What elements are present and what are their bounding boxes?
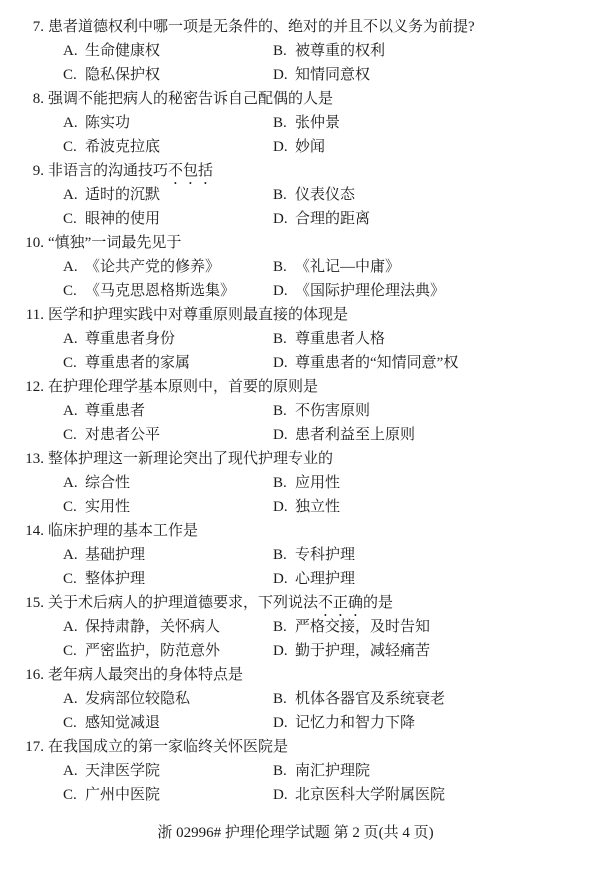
option-grid: A.尊重患者 B.不伤害原则 C.对患者公平 D.患者利益至上原则 bbox=[63, 399, 591, 447]
option-letter: B. bbox=[273, 687, 295, 711]
option-b: B.专科护理 bbox=[273, 543, 591, 567]
option-text: 《马克思恩格斯选集》 bbox=[85, 283, 235, 299]
question-number: 14. bbox=[0, 519, 44, 543]
question-stem: 整体护理这一新理论突出了现代护理专业的 bbox=[48, 451, 333, 467]
question-number: 9. bbox=[0, 159, 44, 183]
option-text: 南汇护理院 bbox=[295, 763, 370, 779]
option-letter: B. bbox=[273, 255, 295, 279]
option-a: A.陈实功 bbox=[63, 111, 273, 135]
question-stem-text: 患者道德权利中哪一项是无条件的、绝对的并且不以义务为前提? bbox=[48, 19, 475, 35]
option-a: A.综合性 bbox=[63, 471, 273, 495]
option-text: 患者利益至上原则 bbox=[295, 427, 415, 443]
option-text: 对患者公平 bbox=[85, 427, 160, 443]
option-text: 独立性 bbox=[295, 499, 340, 515]
question-stem-text: 在护理伦理学基本原则中，首要的原则是 bbox=[48, 379, 318, 395]
option-grid: A.陈实功 B.张仲景 C.希波克拉底 D.妙闻 bbox=[63, 111, 591, 159]
question-item: 10.“慎独”一词最先见于 A.《论共产党的修养》 B.《礼记—中庸》 C.《马… bbox=[0, 231, 591, 303]
option-letter: D. bbox=[273, 567, 295, 591]
option-letter: A. bbox=[63, 399, 85, 423]
option-d: D.记忆力和智力下降 bbox=[273, 711, 591, 735]
option-text: 被尊重的权利 bbox=[295, 43, 385, 59]
question-stem-text: 关于术后病人的护理道德要求，下列说法 bbox=[48, 595, 318, 611]
question-number: 17. bbox=[0, 735, 44, 759]
option-d: D.《国际护理伦理法典》 bbox=[273, 279, 591, 303]
option-a: A.尊重患者身份 bbox=[63, 327, 273, 351]
option-d: D.独立性 bbox=[273, 495, 591, 519]
option-text: 眼神的使用 bbox=[85, 211, 160, 227]
option-text: 严格交接，及时告知 bbox=[295, 619, 430, 635]
option-text: 保持肃静，关怀病人 bbox=[85, 619, 220, 635]
option-a: A.《论共产党的修养》 bbox=[63, 255, 273, 279]
option-text: 适时的沉默 bbox=[85, 187, 160, 203]
option-text: 天津医学院 bbox=[85, 763, 160, 779]
option-letter: D. bbox=[273, 711, 295, 735]
option-text: 整体护理 bbox=[85, 571, 145, 587]
question-stem: 非语言的沟通技巧不包括 bbox=[48, 163, 213, 179]
question-stem: 强调不能把病人的秘密告诉自己配偶的人是 bbox=[48, 91, 333, 107]
option-b: B.尊重患者人格 bbox=[273, 327, 591, 351]
option-b: B.严格交接，及时告知 bbox=[273, 615, 591, 639]
option-letter: C. bbox=[63, 351, 85, 375]
option-letter: A. bbox=[63, 687, 85, 711]
option-text: 发病部位较隐私 bbox=[85, 691, 190, 707]
option-letter: C. bbox=[63, 495, 85, 519]
option-letter: B. bbox=[273, 399, 295, 423]
option-b: B.机体各器官及系统衰老 bbox=[273, 687, 591, 711]
option-b: B.《礼记—中庸》 bbox=[273, 255, 591, 279]
question-stem-emphasis: 不正确 bbox=[318, 595, 363, 611]
option-grid: A.基础护理 B.专科护理 C.整体护理 D.心理护理 bbox=[63, 543, 591, 591]
question-number: 8. bbox=[0, 87, 44, 111]
option-text: 尊重患者 bbox=[85, 403, 145, 419]
question-item: 12.在护理伦理学基本原则中，首要的原则是 A.尊重患者 B.不伤害原则 C.对… bbox=[0, 375, 591, 447]
option-c: C.眼神的使用 bbox=[63, 207, 273, 231]
option-text: 知情同意权 bbox=[295, 67, 370, 83]
question-item: 9.非语言的沟通技巧不包括 A.适时的沉默 B.仪表仪态 C.眼神的使用 D.合… bbox=[0, 159, 591, 231]
option-letter: B. bbox=[273, 183, 295, 207]
option-text: 严密监护，防范意外 bbox=[85, 643, 220, 659]
option-text: 感知觉减退 bbox=[85, 715, 160, 731]
option-grid: A.保持肃静，关怀病人 B.严格交接，及时告知 C.严密监护，防范意外 D.勤于… bbox=[63, 615, 591, 663]
option-letter: C. bbox=[63, 567, 85, 591]
option-letter: D. bbox=[273, 783, 295, 807]
option-letter: C. bbox=[63, 207, 85, 231]
option-grid: A.综合性 B.应用性 C.实用性 D.独立性 bbox=[63, 471, 591, 519]
option-text: 生命健康权 bbox=[85, 43, 160, 59]
option-letter: D. bbox=[273, 279, 295, 303]
question-stem: 关于术后病人的护理道德要求，下列说法不正确的是 bbox=[48, 595, 393, 611]
option-c: C.广州中医院 bbox=[63, 783, 273, 807]
option-text: 尊重患者人格 bbox=[295, 331, 385, 347]
option-letter: A. bbox=[63, 39, 85, 63]
option-text: 基础护理 bbox=[85, 547, 145, 563]
option-grid: A.适时的沉默 B.仪表仪态 C.眼神的使用 D.合理的距离 bbox=[63, 183, 591, 231]
question-item: 17.在我国成立的第一家临终关怀医院是 A.天津医学院 B.南汇护理院 C.广州… bbox=[0, 735, 591, 807]
option-letter: D. bbox=[273, 495, 295, 519]
question-stem-text: 在我国成立的第一家临终关怀医院是 bbox=[48, 739, 288, 755]
option-letter: C. bbox=[63, 63, 85, 87]
option-d: D.北京医科大学附属医院 bbox=[273, 783, 591, 807]
option-letter: C. bbox=[63, 711, 85, 735]
option-a: A.适时的沉默 bbox=[63, 183, 273, 207]
option-text: 妙闻 bbox=[295, 139, 325, 155]
option-letter: C. bbox=[63, 639, 85, 663]
option-b: B.不伤害原则 bbox=[273, 399, 591, 423]
option-text: 综合性 bbox=[85, 475, 130, 491]
option-letter: B. bbox=[273, 615, 295, 639]
option-c: C.整体护理 bbox=[63, 567, 273, 591]
option-text: 《礼记—中庸》 bbox=[295, 259, 400, 275]
option-text: 心理护理 bbox=[295, 571, 355, 587]
option-text: 希波克拉底 bbox=[85, 139, 160, 155]
question-stem-text: 整体护理这一新理论突出了现代护理专业的 bbox=[48, 451, 333, 467]
question-stem: 老年病人最突出的身体特点是 bbox=[48, 667, 243, 683]
option-letter: A. bbox=[63, 327, 85, 351]
option-text: 《国际护理伦理法典》 bbox=[295, 283, 445, 299]
option-c: C.严密监护，防范意外 bbox=[63, 639, 273, 663]
question-stem-text: 老年病人最突出的身体特点是 bbox=[48, 667, 243, 683]
option-letter: D. bbox=[273, 207, 295, 231]
option-text: 北京医科大学附属医院 bbox=[295, 787, 445, 803]
option-grid: A.天津医学院 B.南汇护理院 C.广州中医院 D.北京医科大学附属医院 bbox=[63, 759, 591, 807]
option-text: 尊重患者身份 bbox=[85, 331, 175, 347]
option-letter: A. bbox=[63, 615, 85, 639]
option-b: B.张仲景 bbox=[273, 111, 591, 135]
option-text: 尊重患者的家属 bbox=[85, 355, 190, 371]
exam-page: 7.患者道德权利中哪一项是无条件的、绝对的并且不以义务为前提? A.生命健康权 … bbox=[0, 0, 591, 875]
option-text: 不伤害原则 bbox=[295, 403, 370, 419]
question-number: 7. bbox=[0, 15, 44, 39]
option-letter: B. bbox=[273, 543, 295, 567]
question-number: 16. bbox=[0, 663, 44, 687]
question-item: 13.整体护理这一新理论突出了现代护理专业的 A.综合性 B.应用性 C.实用性… bbox=[0, 447, 591, 519]
option-c: C.感知觉减退 bbox=[63, 711, 273, 735]
question-item: 11.医学和护理实践中对尊重原则最直接的体现是 A.尊重患者身份 B.尊重患者人… bbox=[0, 303, 591, 375]
option-b: B.仪表仪态 bbox=[273, 183, 591, 207]
option-grid: A.《论共产党的修养》 B.《礼记—中庸》 C.《马克思恩格斯选集》 D.《国际… bbox=[63, 255, 591, 303]
option-text: 仪表仪态 bbox=[295, 187, 355, 203]
page-footer: 浙 02996# 护理伦理学试题 第 2 页(共 4 页) bbox=[0, 823, 591, 843]
question-item: 7.患者道德权利中哪一项是无条件的、绝对的并且不以义务为前提? A.生命健康权 … bbox=[0, 15, 591, 87]
question-stem-text: “慎独”一词最先见于 bbox=[48, 235, 181, 251]
option-letter: D. bbox=[273, 639, 295, 663]
option-letter: B. bbox=[273, 111, 295, 135]
option-a: A.基础护理 bbox=[63, 543, 273, 567]
option-d: D.知情同意权 bbox=[273, 63, 591, 87]
option-d: D.勤于护理，减轻痛苦 bbox=[273, 639, 591, 663]
option-c: C.实用性 bbox=[63, 495, 273, 519]
option-c: C.对患者公平 bbox=[63, 423, 273, 447]
question-item: 16.老年病人最突出的身体特点是 A.发病部位较隐私 B.机体各器官及系统衰老 … bbox=[0, 663, 591, 735]
option-d: D.合理的距离 bbox=[273, 207, 591, 231]
option-d: D.尊重患者的“知情同意”权 bbox=[273, 351, 591, 375]
option-c: C.尊重患者的家属 bbox=[63, 351, 273, 375]
option-text: 记忆力和智力下降 bbox=[295, 715, 415, 731]
question-stem-text: 非语言的沟通技巧 bbox=[48, 163, 168, 179]
option-c: C.希波克拉底 bbox=[63, 135, 273, 159]
question-stem: “慎独”一词最先见于 bbox=[48, 235, 181, 251]
option-letter: A. bbox=[63, 183, 85, 207]
option-letter: D. bbox=[273, 63, 295, 87]
option-text: 尊重患者的“知情同意”权 bbox=[295, 355, 458, 371]
option-c: C.《马克思恩格斯选集》 bbox=[63, 279, 273, 303]
option-letter: A. bbox=[63, 759, 85, 783]
option-text: 实用性 bbox=[85, 499, 130, 515]
question-stem: 在我国成立的第一家临终关怀医院是 bbox=[48, 739, 288, 755]
question-stem: 患者道德权利中哪一项是无条件的、绝对的并且不以义务为前提? bbox=[48, 19, 475, 35]
option-letter: A. bbox=[63, 111, 85, 135]
question-stem-text: 医学和护理实践中对尊重原则最直接的体现是 bbox=[48, 307, 348, 323]
option-a: A.尊重患者 bbox=[63, 399, 273, 423]
question-stem: 医学和护理实践中对尊重原则最直接的体现是 bbox=[48, 307, 348, 323]
option-text: 合理的距离 bbox=[295, 211, 370, 227]
option-letter: C. bbox=[63, 423, 85, 447]
question-stem-text: 临床护理的基本工作是 bbox=[48, 523, 198, 539]
option-text: 广州中医院 bbox=[85, 787, 160, 803]
option-b: B.南汇护理院 bbox=[273, 759, 591, 783]
option-letter: A. bbox=[63, 255, 85, 279]
option-b: B.应用性 bbox=[273, 471, 591, 495]
question-stem-emphasis: 不包括 bbox=[168, 163, 213, 179]
option-letter: B. bbox=[273, 759, 295, 783]
question-stem: 临床护理的基本工作是 bbox=[48, 523, 198, 539]
question-number: 10. bbox=[0, 231, 44, 255]
question-number: 15. bbox=[0, 591, 44, 615]
option-text: 应用性 bbox=[295, 475, 340, 491]
question-item: 8.强调不能把病人的秘密告诉自己配偶的人是 A.陈实功 B.张仲景 C.希波克拉… bbox=[0, 87, 591, 159]
option-text: 机体各器官及系统衰老 bbox=[295, 691, 445, 707]
option-text: 勤于护理，减轻痛苦 bbox=[295, 643, 430, 659]
option-a: A.发病部位较隐私 bbox=[63, 687, 273, 711]
option-letter: D. bbox=[273, 423, 295, 447]
option-a: A.保持肃静，关怀病人 bbox=[63, 615, 273, 639]
option-letter: C. bbox=[63, 279, 85, 303]
option-a: A.生命健康权 bbox=[63, 39, 273, 63]
option-c: C.隐私保护权 bbox=[63, 63, 273, 87]
option-text: 张仲景 bbox=[295, 115, 340, 131]
option-text: 专科护理 bbox=[295, 547, 355, 563]
option-letter: A. bbox=[63, 543, 85, 567]
question-stem: 在护理伦理学基本原则中，首要的原则是 bbox=[48, 379, 318, 395]
option-text: 陈实功 bbox=[85, 115, 130, 131]
option-letter: A. bbox=[63, 471, 85, 495]
option-d: D.心理护理 bbox=[273, 567, 591, 591]
question-list: 7.患者道德权利中哪一项是无条件的、绝对的并且不以义务为前提? A.生命健康权 … bbox=[0, 15, 591, 807]
option-text: 隐私保护权 bbox=[85, 67, 160, 83]
option-text: 《论共产党的修养》 bbox=[85, 259, 220, 275]
question-number: 11. bbox=[0, 303, 44, 327]
question-stem-text: 强调不能把病人的秘密告诉自己配偶的人是 bbox=[48, 91, 333, 107]
option-grid: A.发病部位较隐私 B.机体各器官及系统衰老 C.感知觉减退 D.记忆力和智力下… bbox=[63, 687, 591, 735]
option-d: D.患者利益至上原则 bbox=[273, 423, 591, 447]
option-grid: A.生命健康权 B.被尊重的权利 C.隐私保护权 D.知情同意权 bbox=[63, 39, 591, 87]
question-item: 14.临床护理的基本工作是 A.基础护理 B.专科护理 C.整体护理 D.心理护… bbox=[0, 519, 591, 591]
option-letter: C. bbox=[63, 783, 85, 807]
question-number: 13. bbox=[0, 447, 44, 471]
option-letter: C. bbox=[63, 135, 85, 159]
option-d: D.妙闻 bbox=[273, 135, 591, 159]
option-b: B.被尊重的权利 bbox=[273, 39, 591, 63]
option-grid: A.尊重患者身份 B.尊重患者人格 C.尊重患者的家属 D.尊重患者的“知情同意… bbox=[63, 327, 591, 375]
question-stem-text-after: 的是 bbox=[363, 595, 393, 611]
question-item: 15.关于术后病人的护理道德要求，下列说法不正确的是 A.保持肃静，关怀病人 B… bbox=[0, 591, 591, 663]
option-a: A.天津医学院 bbox=[63, 759, 273, 783]
option-letter: D. bbox=[273, 351, 295, 375]
option-letter: D. bbox=[273, 135, 295, 159]
option-letter: B. bbox=[273, 327, 295, 351]
option-letter: B. bbox=[273, 471, 295, 495]
option-letter: B. bbox=[273, 39, 295, 63]
question-number: 12. bbox=[0, 375, 44, 399]
